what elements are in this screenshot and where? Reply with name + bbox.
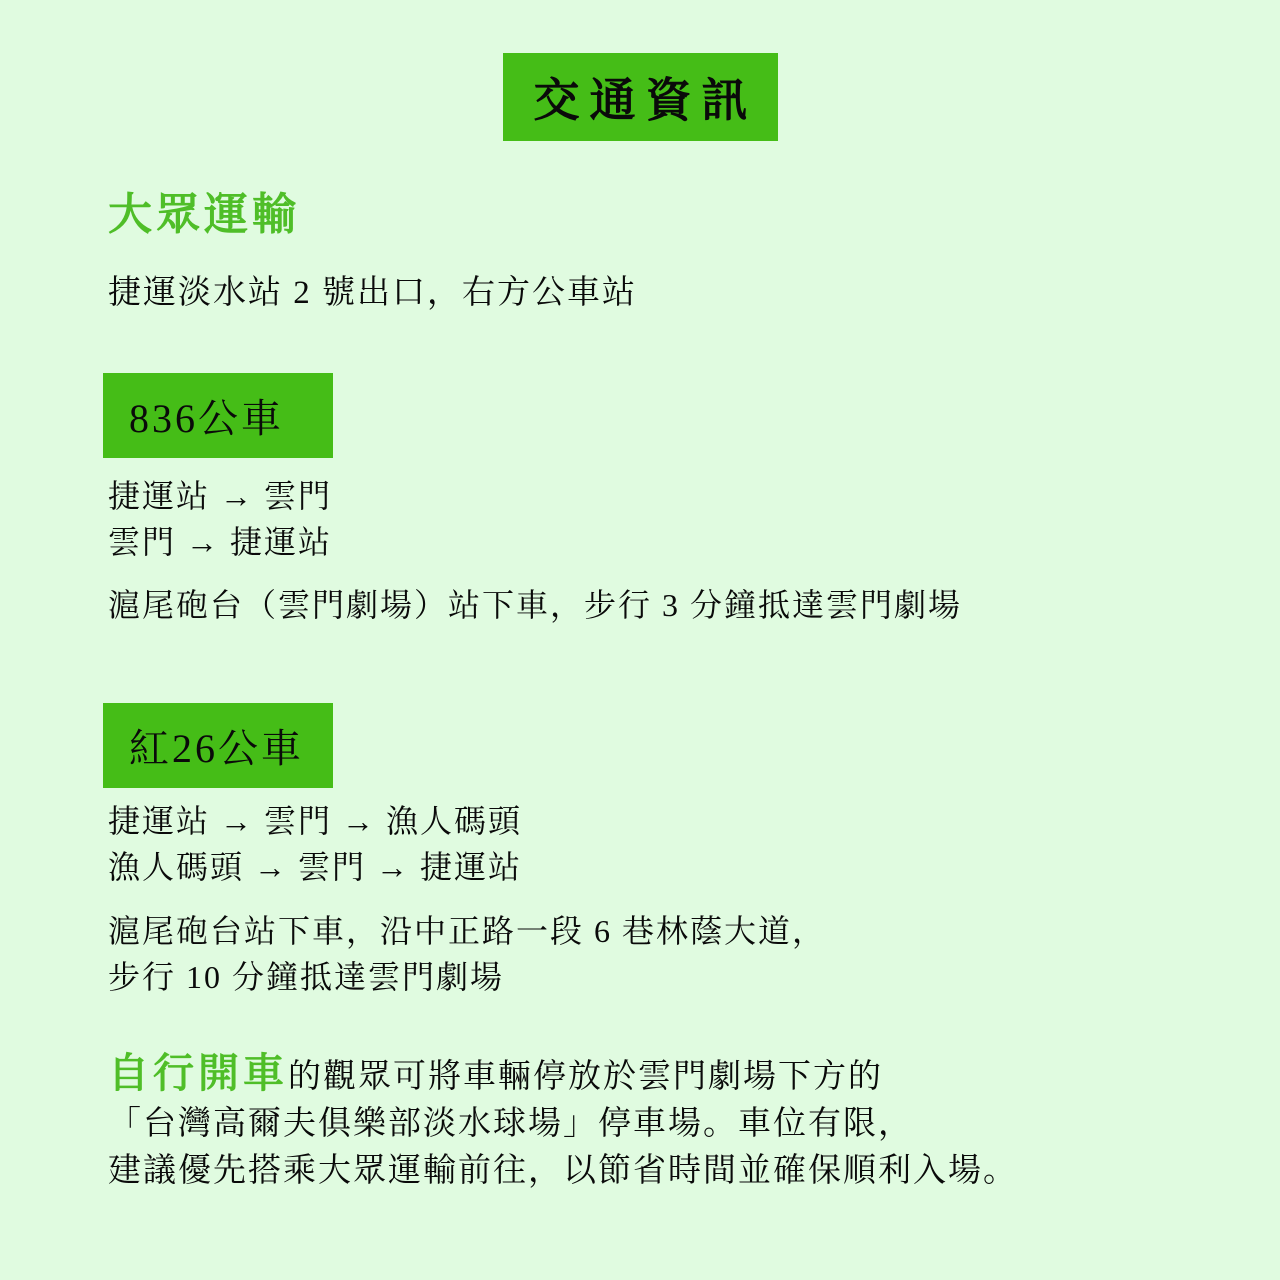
bus-836-note: 滬尾砲台（雲門劇場）站下車，步行 3 分鐘抵達雲門劇場 [108, 582, 962, 628]
bus-836-route-1: 捷運站 → 雲門 [108, 478, 332, 514]
driving-heading-inline: 自行開車 [108, 1050, 288, 1096]
section-heading-public-transit: 大眾運輸 [108, 178, 300, 242]
bus-red26-note-line1: 滬尾砲台站下車，沿中正路一段 6 巷林蔭大道， [108, 913, 826, 949]
bus-red26-note: 滬尾砲台站下車，沿中正路一段 6 巷林蔭大道，步行 10 分鐘抵達雲門劇場 [108, 908, 826, 1000]
bus-red26-note-line2: 步行 10 分鐘抵達雲門劇場 [108, 959, 504, 995]
page-title-box: 交通資訊 [503, 53, 778, 141]
bus-836-routes: 捷運站 → 雲門雲門 → 捷運站 [108, 473, 332, 565]
driving-line3: 建議優先搭乘大眾運輸前往，以節省時間並確保順利入場。 [108, 1153, 1018, 1189]
bus-836-route-2: 雲門 → 捷運站 [108, 524, 332, 560]
driving-line2: 「台灣高爾夫俱樂部淡水球場」停車場。車位有限， [108, 1106, 913, 1142]
page-title: 交通資訊 [524, 64, 758, 130]
bus-red26-route-2: 漁人碼頭 → 雲門 → 捷運站 [108, 849, 522, 885]
driving-paragraph: 自行開車的觀眾可將車輛停放於雲門劇場下方的「台灣高爾夫俱樂部淡水球場」停車場。車… [108, 1050, 1018, 1195]
driving-line1-rest: 的觀眾可將車輛停放於雲門劇場下方的 [288, 1059, 883, 1095]
bus-red26-routes: 捷運站 → 雲門 → 漁人碼頭漁人碼頭 → 雲門 → 捷運站 [108, 798, 522, 890]
public-transit-detail: 捷運淡水站 2 號出口，右方公車站 [108, 266, 637, 313]
bus-red26-route-1: 捷運站 → 雲門 → 漁人碼頭 [108, 803, 522, 839]
traffic-info-page: 交通資訊 大眾運輸 捷運淡水站 2 號出口，右方公車站 836公車 捷運站 → … [0, 0, 1280, 1280]
bus-836-badge: 836公車 [103, 373, 333, 458]
bus-red26-badge: 紅26公車 [103, 703, 333, 788]
bus-red26-label: 紅26公車 [129, 717, 304, 774]
bus-836-label: 836公車 [129, 387, 284, 444]
